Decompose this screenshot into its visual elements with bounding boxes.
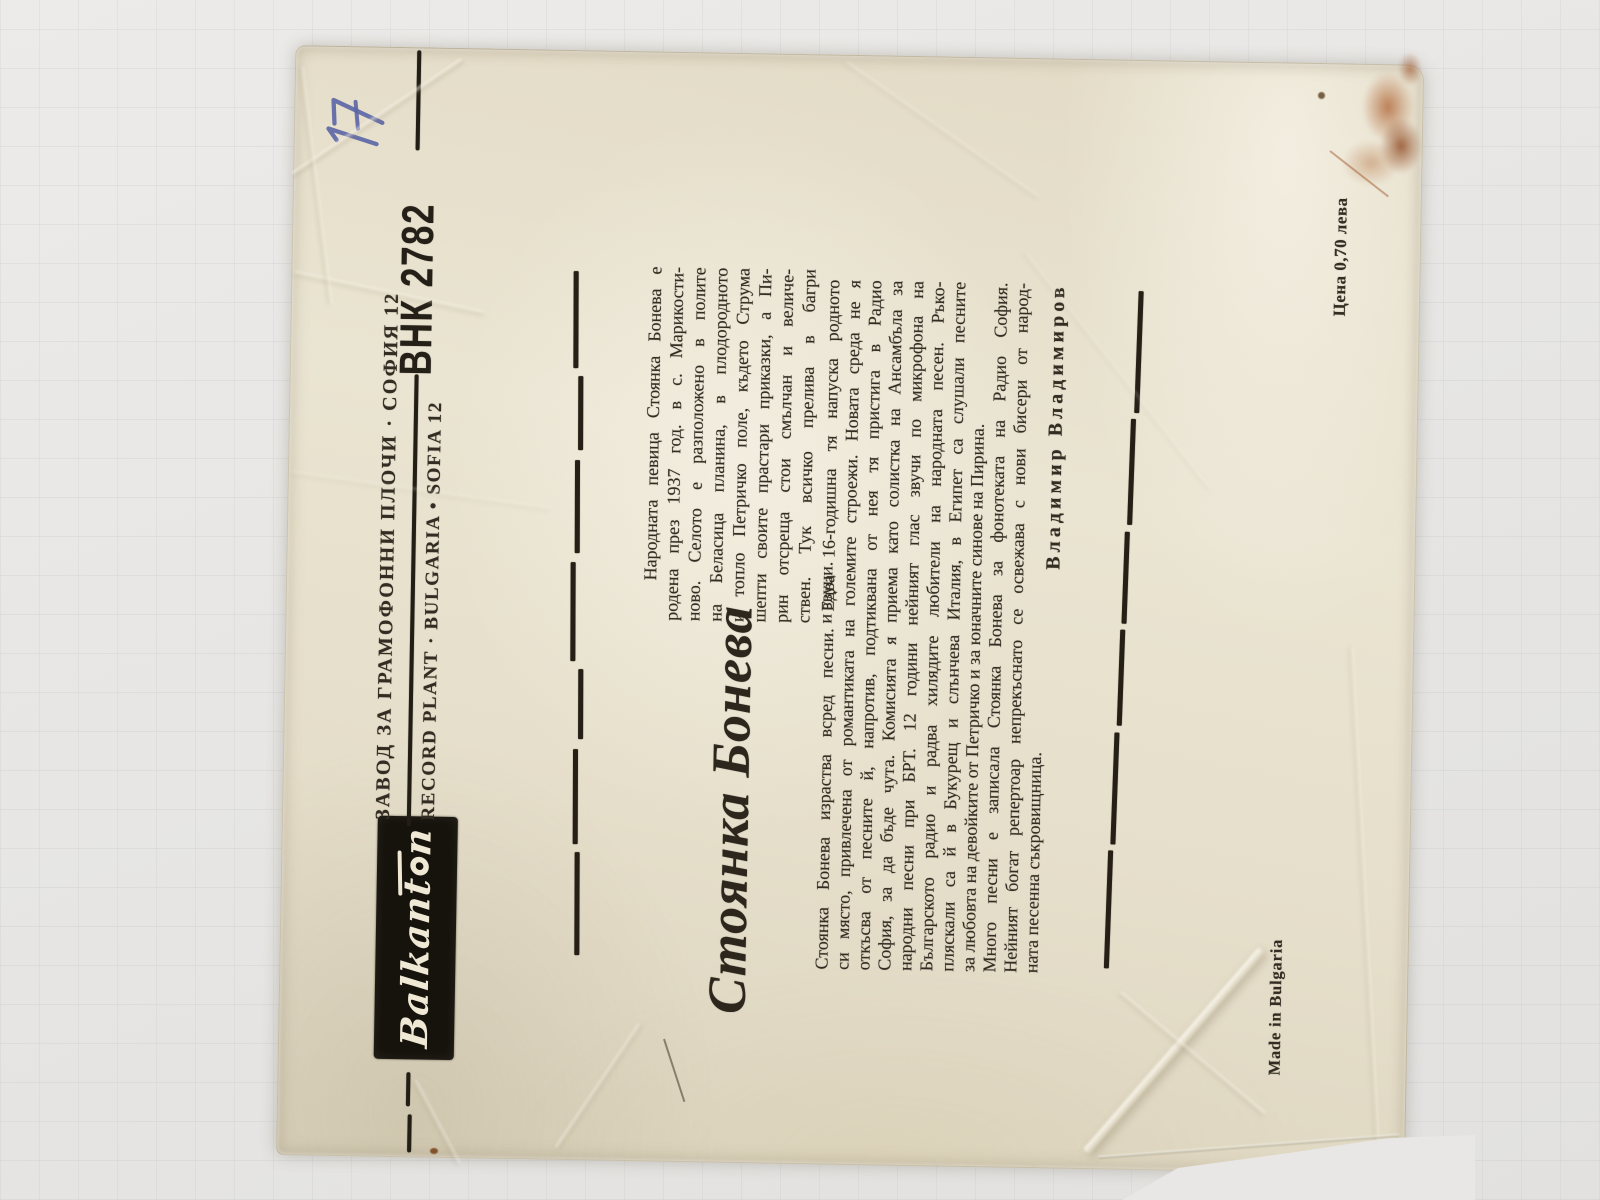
- catalog-number: ВНК 2782: [393, 192, 441, 376]
- logo-text-t: t: [394, 876, 438, 899]
- liner-notes-paragraph-2: Стоянка Бонева израства всред песни. Едв…: [811, 279, 991, 972]
- dashed-rule-top: [571, 271, 578, 955]
- album-title: Стоянка Бонева: [698, 605, 765, 1015]
- made-in-label: Made in Bulgaria: [1265, 939, 1287, 1076]
- record-sleeve: Balkantn ЗАВОД ЗА ГРАМОФОННИ ПЛОЧИ · СОФ…: [276, 45, 1424, 1175]
- record-disc-icon: [409, 856, 428, 877]
- balkanton-logo: Balkantn: [374, 816, 458, 1060]
- logo-overbar: t: [398, 854, 436, 898]
- top-rule-middle-segment: [407, 374, 419, 826]
- handwritten-number: 17: [318, 84, 394, 160]
- price-label: Цена 0,70 лева: [1330, 197, 1352, 316]
- balkanton-logo-text: Balkantn: [395, 826, 436, 1050]
- liner-notes-paragraph-1: Народната певица Стоянка Бонева е родена…: [638, 266, 842, 623]
- handwritten-17-strokes: [318, 84, 394, 160]
- photo-background: { "scene": { "surface": "graph-paper-tab…: [0, 0, 1600, 1200]
- rule-dash: [406, 1072, 411, 1106]
- publisher-line-english: RECORD PLANT · BULGARIA • SOFIA 12: [418, 401, 447, 821]
- dashed-rule-bottom: [1108, 289, 1138, 969]
- logo-text-pre: Balkan: [391, 894, 438, 1050]
- rule-dash: [407, 1114, 412, 1152]
- top-rule-right-segment: [416, 50, 422, 150]
